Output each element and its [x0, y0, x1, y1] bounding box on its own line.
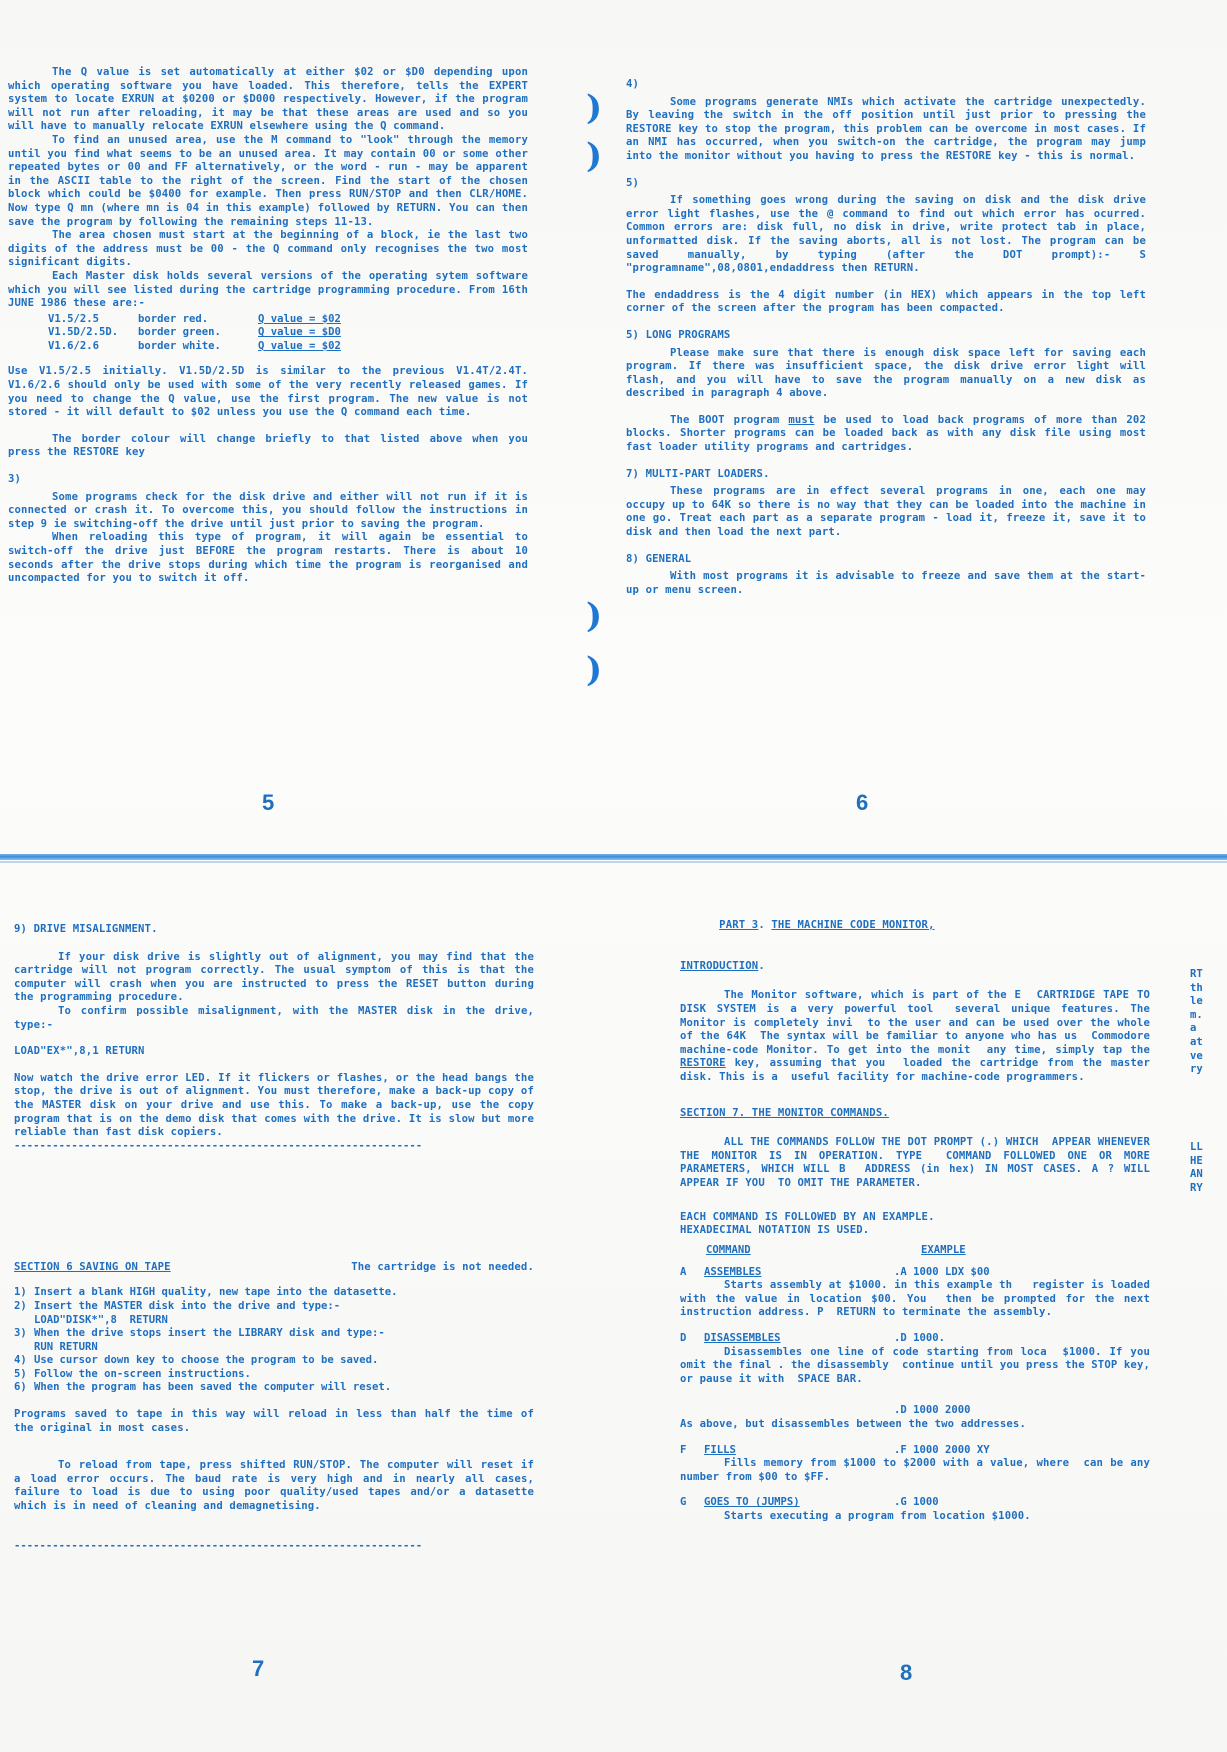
page-6: 4) Some programs generate NMIs which act…	[626, 78, 1146, 610]
item-label: 5)	[626, 177, 1146, 191]
command-description: Starts assembly at $1000. in this exampl…	[680, 1279, 1150, 1320]
paragraph: The Q value is set automatically at eith…	[8, 66, 528, 134]
command-example: .G 1000	[894, 1496, 939, 1510]
column-command: COMMAND	[706, 1244, 921, 1256]
command-letter: A	[680, 1266, 704, 1280]
divider: ----------------------------------------…	[14, 1540, 534, 1553]
section-note: The cartridge is not needed.	[351, 1261, 534, 1275]
scanned-sheet: ) ) ) ) The Q value is set automatically…	[0, 0, 1227, 1752]
version-label: V1.5D/2.5D.	[48, 326, 138, 340]
page-7: 9) DRIVE MISALIGNMENT. If your disk driv…	[14, 923, 534, 1553]
fold-line	[0, 854, 1227, 860]
margin-fragment: ve	[1190, 1050, 1203, 1064]
command-entry: GGOES TO (JUMPS).G 1000Starts executing …	[680, 1496, 1185, 1523]
command-example: .D 1000.	[894, 1332, 945, 1346]
paragraph: The BOOT program must be used to load ba…	[626, 414, 1146, 455]
margin-fragment: le	[1190, 995, 1203, 1009]
list-item: 2)Insert the MASTER disk into the drive …	[14, 1300, 534, 1327]
paragraph: Programs saved to tape in this way will …	[14, 1408, 534, 1435]
intro-heading: INTRODUCTION.	[680, 960, 1185, 974]
paragraph: If something goes wrong during the savin…	[626, 194, 1146, 276]
section-heading: 5) LONG PROGRAMS	[626, 329, 1146, 343]
section-heading: SECTION 6 SAVING ON TAPE	[14, 1261, 171, 1275]
section-heading: 8) GENERAL	[626, 553, 1146, 567]
command-entry: .D 1000 2000As above, but disassembles b…	[680, 1404, 1185, 1431]
list-item: 6)When the program has been saved the co…	[14, 1381, 534, 1395]
paragraph: To find an unused area, use the M comman…	[8, 134, 528, 229]
item-label: 3)	[8, 473, 528, 487]
paragraph: If your disk drive is slightly out of al…	[14, 951, 534, 1005]
paragraph: Some programs generate NMIs which activa…	[626, 96, 1146, 164]
command-entry: DDISASSEMBLES.D 1000.Disassembles one li…	[680, 1332, 1185, 1386]
command-example: .D 1000 2000	[894, 1404, 971, 1418]
command-name: GOES TO (JUMPS)	[704, 1496, 894, 1510]
paragraph: The area chosen must start at the beginn…	[8, 229, 528, 270]
bracket-mark: )	[586, 650, 602, 690]
version-label: V1.5/2.5	[48, 313, 138, 327]
version-row: V1.5D/2.5D. border green. Q value = $D0	[48, 326, 528, 340]
margin-fragment: at	[1190, 1036, 1203, 1050]
list-item: 1)Insert a blank HIGH quality, new tape …	[14, 1286, 534, 1300]
command-description: Starts executing a program from location…	[680, 1510, 1150, 1524]
paragraph: The endaddress is the 4 digit number (in…	[626, 289, 1146, 316]
command-example: .A 1000 LDX $00	[894, 1266, 990, 1280]
margin-fragment: RT	[1190, 968, 1203, 982]
command-name: ASSEMBLES	[704, 1266, 894, 1280]
paragraph: With most programs it is advisable to fr…	[626, 570, 1146, 597]
command-letter	[680, 1404, 704, 1418]
fold-line-shadow	[0, 861, 1227, 863]
command-row: FFILLS.F 1000 2000 XY	[680, 1444, 1185, 1458]
command-description: As above, but disassembles between the t…	[680, 1418, 1150, 1432]
command-row: AASSEMBLES.A 1000 LDX $00	[680, 1266, 1185, 1280]
border-colour: border red.	[138, 313, 258, 327]
command-entry: AASSEMBLES.A 1000 LDX $00Starts assembly…	[680, 1266, 1185, 1320]
paragraph: The Monitor software, which is part of t…	[680, 989, 1150, 1084]
list-item: 3)When the drive stops insert the LIBRAR…	[14, 1327, 534, 1354]
paragraph: These programs are in effect several pro…	[626, 485, 1146, 539]
command-table-header: COMMAND EXAMPLE	[706, 1244, 1185, 1256]
paragraph: To confirm possible misalignment, with t…	[14, 1005, 534, 1032]
paragraph: Each Master disk holds several versions …	[8, 270, 528, 311]
divider: ----------------------------------------…	[14, 1140, 534, 1153]
paragraph: Now watch the drive error LED. If it fli…	[14, 1072, 534, 1140]
paragraph: Use V1.5/2.5 initially. V1.5D/2.5D is si…	[8, 365, 528, 419]
command-letter: G	[680, 1496, 704, 1510]
command-letter: F	[680, 1444, 704, 1458]
border-colour: border white.	[138, 340, 258, 354]
section-heading: 9) DRIVE MISALIGNMENT.	[14, 923, 534, 937]
command-row: .D 1000 2000	[680, 1404, 1185, 1418]
command-example: .F 1000 2000 XY	[894, 1444, 990, 1458]
paragraph: ALL THE COMMANDS FOLLOW THE DOT PROMPT (…	[680, 1136, 1150, 1190]
margin-fragment: a	[1190, 1022, 1203, 1036]
section-heading: 7) MULTI-PART LOADERS.	[626, 468, 1146, 482]
bracket-mark: )	[586, 596, 602, 636]
paragraph: Some programs check for the disk drive a…	[8, 491, 528, 532]
version-row: V1.5/2.5 border red. Q value = $02	[48, 313, 528, 327]
item-label: 4)	[626, 78, 1146, 92]
bracket-mark: )	[586, 136, 602, 176]
q-value: Q value = $D0	[258, 326, 341, 340]
version-row: V1.6/2.6 border white. Q value = $02	[48, 340, 528, 354]
margin-fragment: ry	[1190, 1063, 1203, 1077]
list-item: 4)Use cursor down key to choose the prog…	[14, 1354, 534, 1368]
margin-text: LLHEANRY	[1190, 1141, 1203, 1195]
tape-steps-list: 1)Insert a blank HIGH quality, new tape …	[14, 1286, 534, 1395]
section-6-header: SECTION 6 SAVING ON TAPE The cartridge i…	[14, 1261, 534, 1275]
margin-fragment: HE	[1190, 1155, 1203, 1169]
version-label: V1.6/2.6	[48, 340, 138, 354]
page-5: The Q value is set automatically at eith…	[8, 66, 528, 586]
load-command: LOAD"EX*",8,1 RETURN	[14, 1045, 534, 1059]
emphasis-must: must	[788, 414, 814, 426]
paragraph: EACH COMMAND IS FOLLOWED BY AN EXAMPLE. …	[680, 1211, 1185, 1238]
margin-text: RTthlem.aatvery	[1190, 968, 1203, 1077]
margin-fragment: m.	[1190, 1009, 1203, 1023]
paragraph: To reload from tape, press shifted RUN/S…	[14, 1459, 534, 1513]
command-entry: FFILLS.F 1000 2000 XYFills memory from $…	[680, 1444, 1185, 1485]
paragraph: When reloading this type of program, it …	[8, 531, 528, 585]
column-example: EXAMPLE	[921, 1244, 966, 1256]
list-item: 5)Follow the on-screen instructions.	[14, 1368, 534, 1382]
page-number: 6	[856, 790, 868, 816]
margin-fragment: RY	[1190, 1182, 1203, 1196]
bracket-mark: )	[586, 88, 602, 128]
command-row: DDISASSEMBLES.D 1000.	[680, 1332, 1185, 1346]
part-heading: PART 3. THE MACHINE CODE MONITOR,	[680, 905, 1185, 946]
page-number: 5	[262, 790, 274, 816]
paragraph: Please make sure that there is enough di…	[626, 347, 1146, 401]
command-letter: D	[680, 1332, 704, 1346]
page-number: 7	[252, 1656, 264, 1682]
command-list: AASSEMBLES.A 1000 LDX $00Starts assembly…	[680, 1266, 1185, 1524]
restore-key: RESTORE	[680, 1057, 726, 1069]
margin-fragment: th	[1190, 982, 1203, 996]
command-description: Disassembles one line of code starting f…	[680, 1346, 1150, 1387]
paragraph: The border colour will change briefly to…	[8, 433, 528, 460]
command-row: GGOES TO (JUMPS).G 1000	[680, 1496, 1185, 1510]
q-value: Q value = $02	[258, 313, 341, 327]
margin-fragment: AN	[1190, 1168, 1203, 1182]
command-name	[704, 1404, 894, 1418]
border-colour: border green.	[138, 326, 258, 340]
page-number: 8	[900, 1660, 912, 1686]
page-8: PART 3. THE MACHINE CODE MONITOR, INTROD…	[680, 905, 1185, 1536]
text-fragment: The BOOT program	[670, 414, 788, 426]
version-table: V1.5/2.5 border red. Q value = $02 V1.5D…	[48, 313, 528, 354]
section-heading: SECTION 7. THE MONITOR COMMANDS.	[680, 1107, 1185, 1121]
command-name: DISASSEMBLES	[704, 1332, 894, 1346]
command-name: FILLS	[704, 1444, 894, 1458]
margin-fragment: LL	[1190, 1141, 1203, 1155]
q-value: Q value = $02	[258, 340, 341, 354]
command-description: Fills memory from $1000 to $2000 with a …	[680, 1457, 1150, 1484]
